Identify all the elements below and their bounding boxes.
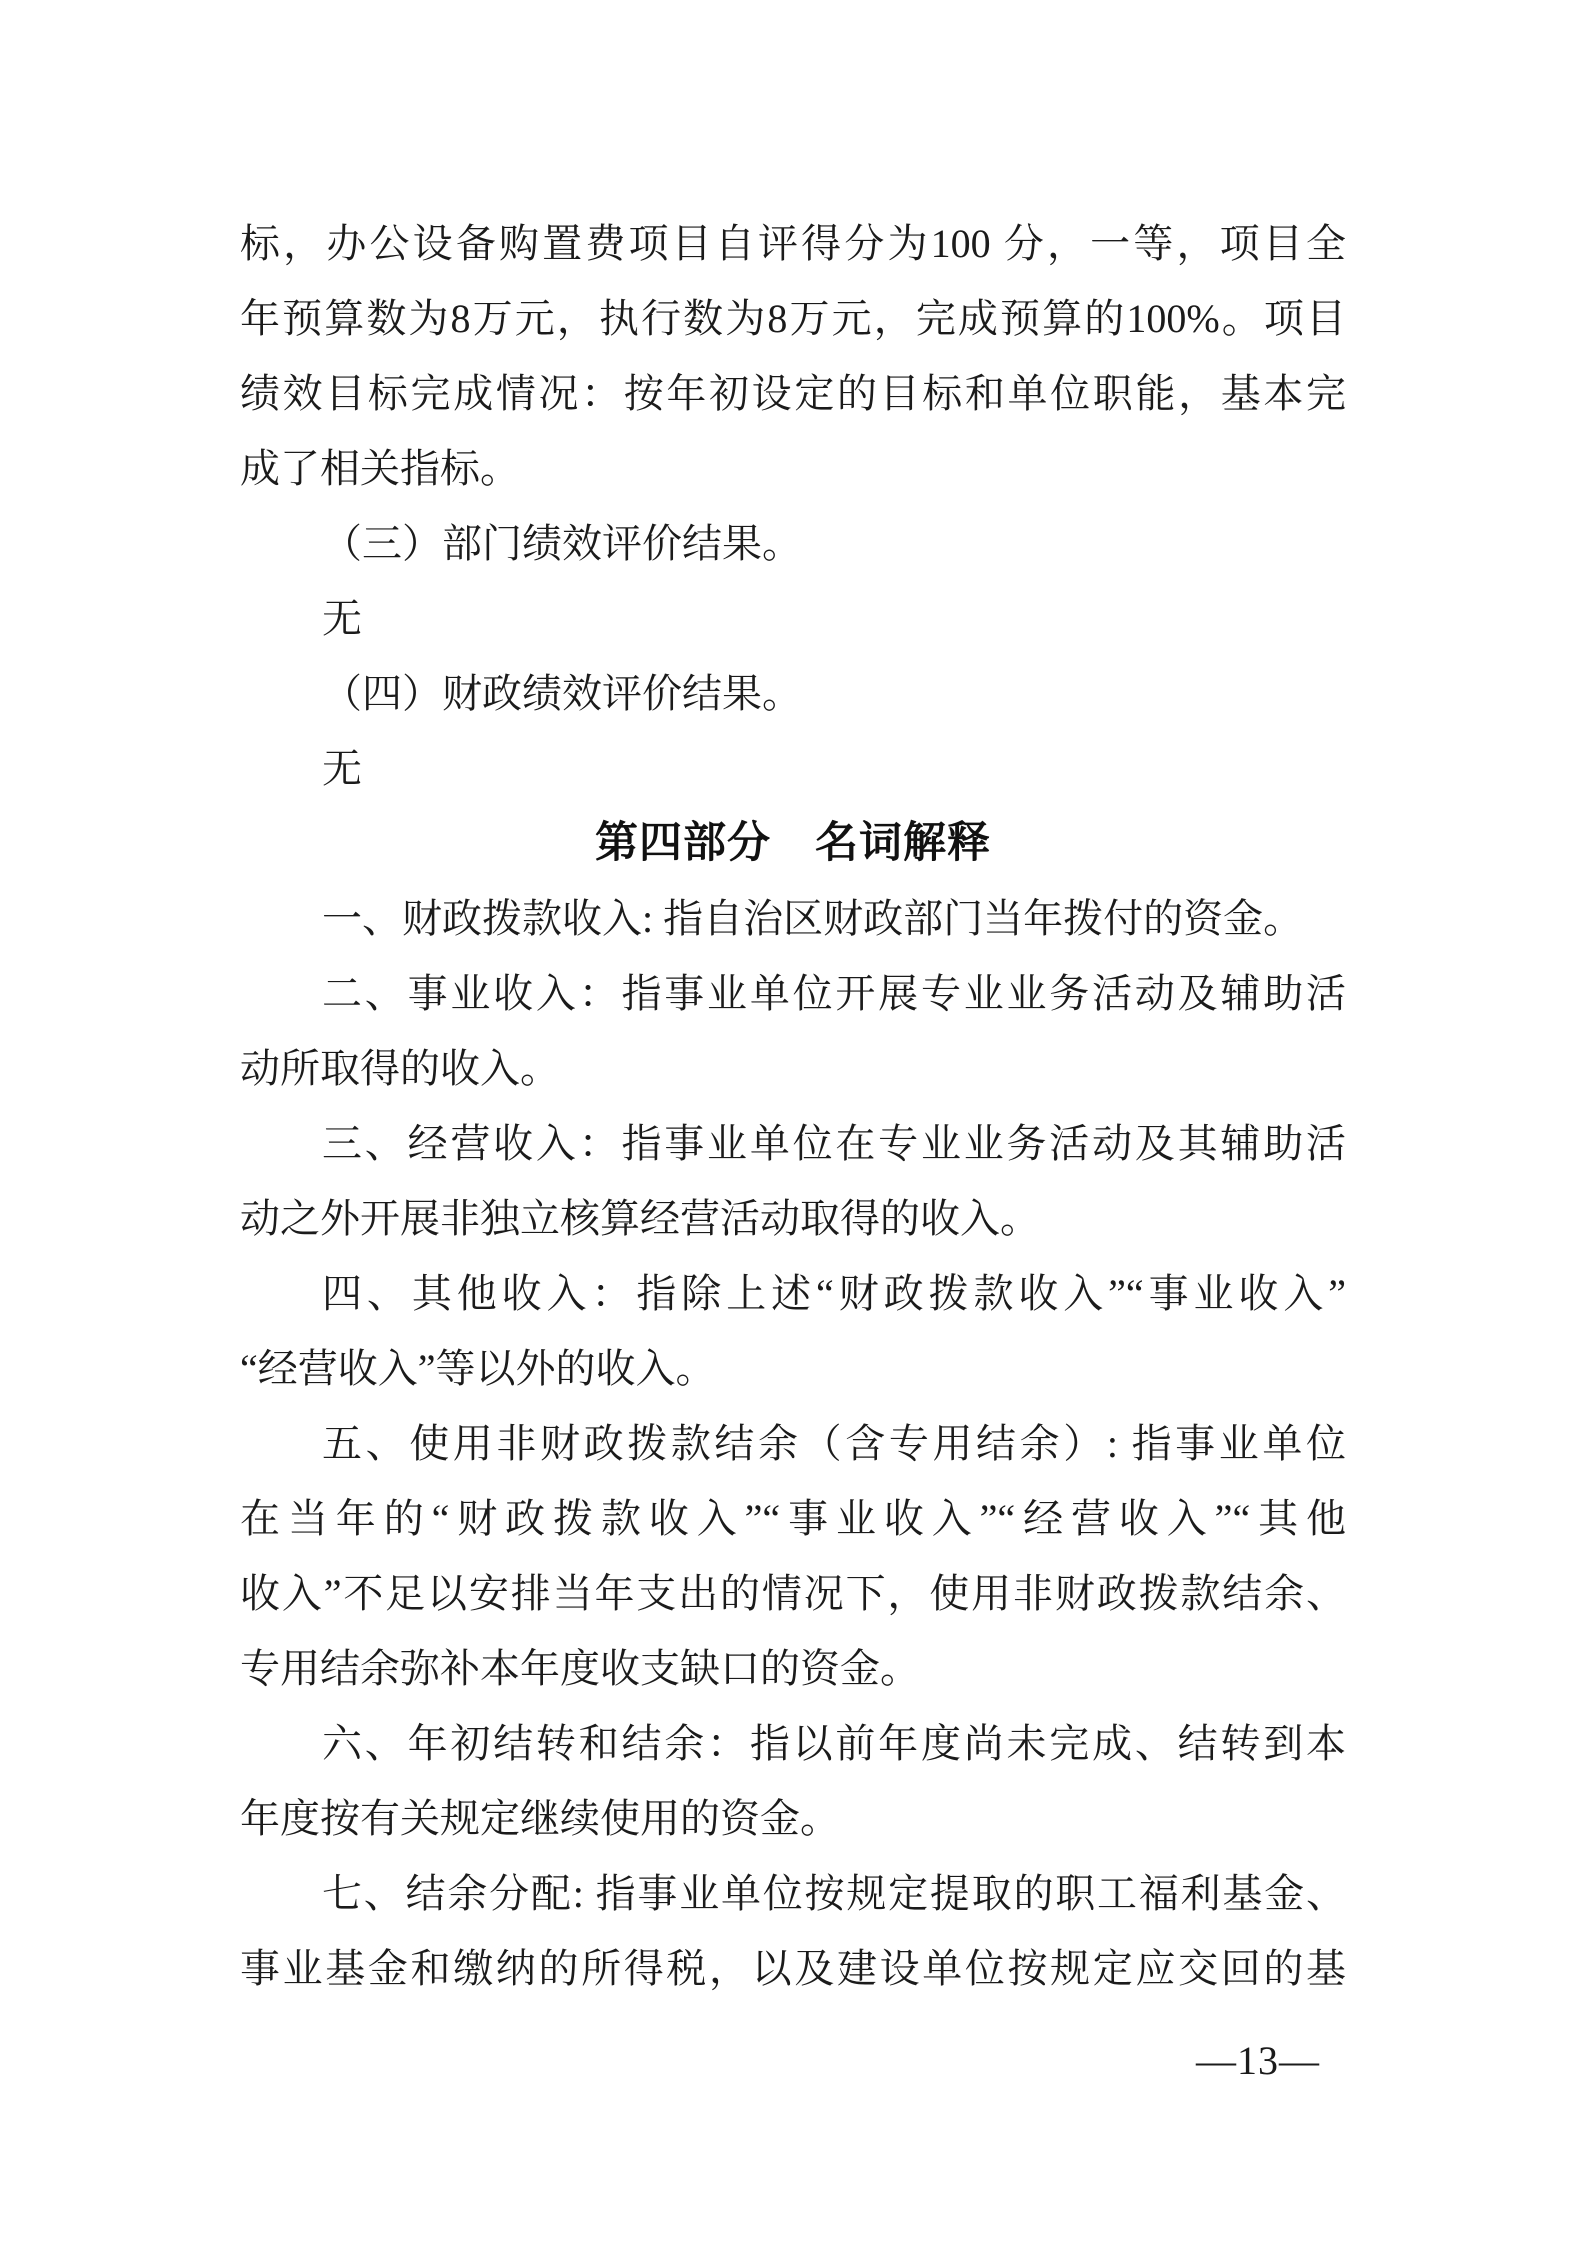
text-line: （三）部门绩效评价结果。 — [240, 506, 1346, 581]
document-body: 标，办公设备购置费项目自评得分为100 分，一等，项目全年预算数为8万元，执行数… — [240, 206, 1346, 2006]
text-line: 动所取得的收入。 — [240, 1031, 1346, 1106]
text-line: 无 — [240, 581, 1346, 656]
section-heading: 第四部分 名词解释 — [240, 806, 1346, 881]
text-line: 七、结余分配: 指事业单位按规定提取的职工福利基金、 — [240, 1856, 1346, 1931]
text-line: 年度按有关规定继续使用的资金。 — [240, 1781, 1346, 1856]
text-line: 成了相关指标。 — [240, 431, 1346, 506]
text-line: “经营收入”等以外的收入。 — [240, 1331, 1346, 1406]
text-line: 六、年初结转和结余：指以前年度尚未完成、结转到本 — [240, 1706, 1346, 1781]
text-line: 四、其他收入：指除上述“财政拨款收入”“事业收入” — [240, 1256, 1346, 1331]
document-page: 标，办公设备购置费项目自评得分为100 分，一等，项目全年预算数为8万元，执行数… — [0, 0, 1587, 2245]
text-line: 二、事业收入：指事业单位开展专业业务活动及辅助活 — [240, 956, 1346, 1031]
page-number: —13— — [1196, 2036, 1320, 2086]
text-line: 三、经营收入：指事业单位在专业业务活动及其辅助活 — [240, 1106, 1346, 1181]
text-line: 动之外开展非独立核算经营活动取得的收入。 — [240, 1181, 1346, 1256]
text-line: 无 — [240, 731, 1346, 806]
text-line: 绩效目标完成情况：按年初设定的目标和单位职能，基本完 — [240, 356, 1346, 431]
text-line: 一、财政拨款收入: 指自治区财政部门当年拨付的资金。 — [240, 881, 1346, 956]
text-line: （四）财政绩效评价结果。 — [240, 656, 1346, 731]
text-line: 事业基金和缴纳的所得税，以及建设单位按规定应交回的基 — [240, 1931, 1346, 2006]
text-line: 年预算数为8万元，执行数为8万元，完成预算的100%。项目 — [240, 281, 1346, 356]
text-line: 专用结余弥补本年度收支缺口的资金。 — [240, 1631, 1346, 1706]
text-line: 在当年的“财政拨款收入”“事业收入”“经营收入”“其他 — [240, 1481, 1346, 1556]
text-line: 收入”不足以安排当年支出的情况下，使用非财政拨款结余、 — [240, 1556, 1346, 1631]
text-line: 标，办公设备购置费项目自评得分为100 分，一等，项目全 — [240, 206, 1346, 281]
text-line: 五、使用非财政拨款结余（含专用结余）: 指事业单位 — [240, 1406, 1346, 1481]
